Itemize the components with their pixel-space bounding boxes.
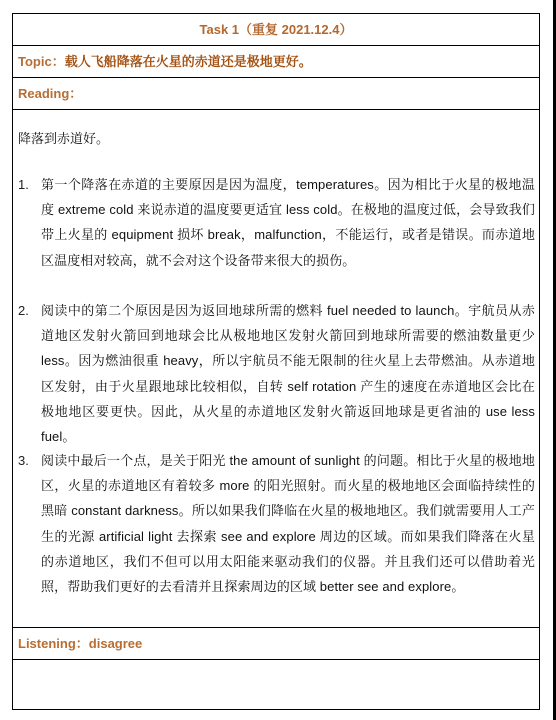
point-number: 1. (18, 172, 38, 197)
reading-point-2: 2. 阅读中的第二个原因是因为返回地球所需的燃料 fuel needed to … (18, 298, 535, 449)
listening-label: Listening： (18, 636, 89, 651)
point-number: 3. (18, 448, 38, 473)
reading-point-1: 1. 第一个降落在赤道的主要原因是因为温度，temperatures。因为相比于… (18, 172, 535, 273)
reading-body: 降落到赤道好。 1. 第一个降落在赤道的主要原因是因为温度，temperatur… (13, 110, 539, 628)
task-table: Task 1（重复 2021.12.4） Topic：载人飞船降落在火星的赤道还… (12, 13, 540, 710)
topic-label: Topic： (18, 54, 65, 69)
listening-row: Listening：disagree (13, 628, 539, 660)
task-title: Task 1（重复 2021.12.4） (200, 22, 353, 37)
reading-intro: 降落到赤道好。 (18, 126, 109, 151)
point-text: 阅读中最后一个点，是关于阳光 the amount of sunlight 的问… (41, 448, 535, 599)
task-title-row: Task 1（重复 2021.12.4） (13, 14, 539, 46)
reading-label: Reading： (18, 86, 82, 101)
point-number: 2. (18, 298, 38, 323)
reading-row: Reading： (13, 78, 539, 110)
point-text: 阅读中的第二个原因是因为返回地球所需的燃料 fuel needed to lau… (41, 298, 535, 449)
listening-body-empty (13, 660, 539, 709)
reading-point-3: 3. 阅读中最后一个点，是关于阳光 the amount of sunlight… (18, 448, 535, 599)
listening-value: disagree (89, 636, 142, 651)
point-text: 第一个降落在赤道的主要原因是因为温度，temperatures。因为相比于火星的… (41, 172, 535, 273)
topic-text: 载人飞船降落在火星的赤道还是极地更好。 (65, 54, 312, 69)
topic-row: Topic：载人飞船降落在火星的赤道还是极地更好。 (13, 46, 539, 78)
